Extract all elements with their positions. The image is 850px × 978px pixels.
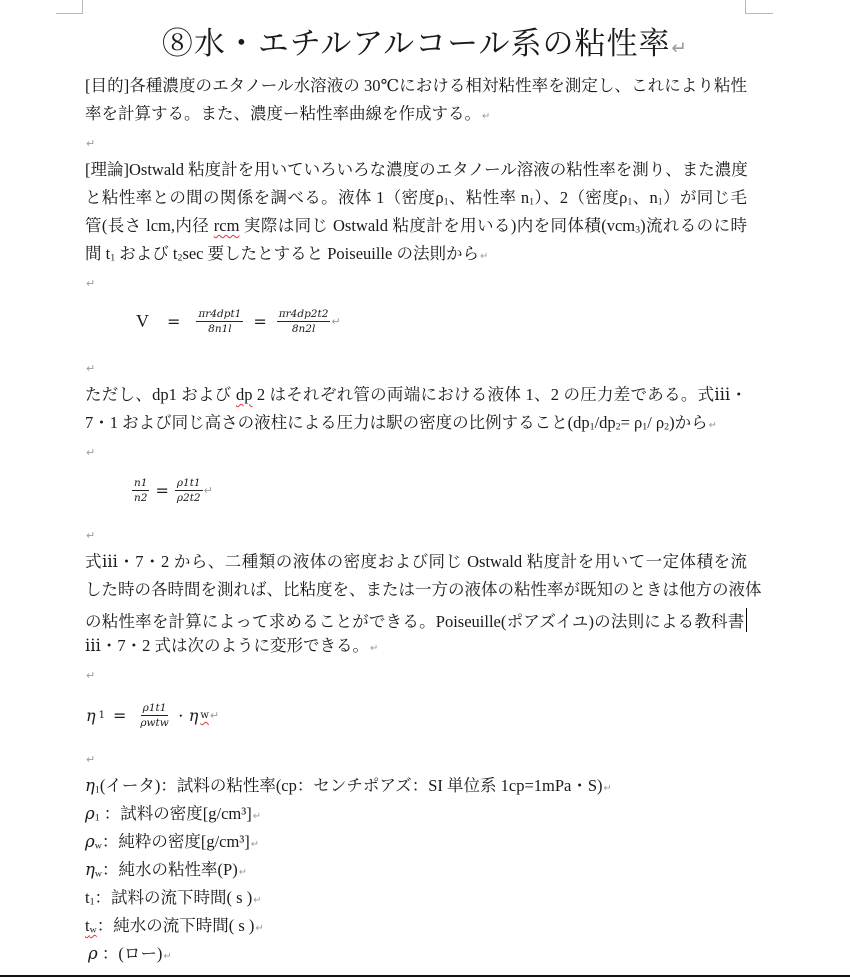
equals-sign: =	[113, 706, 126, 725]
paragraph-mark-icon: ↵	[672, 38, 689, 59]
text: ⅲ・7・2 式は次のように変形できる。	[85, 636, 369, 655]
text: と粘性率との間の関係を調べる。液体 1（密度ρ	[85, 188, 444, 207]
paragraph-mark-icon: ↵	[86, 669, 95, 682]
definition-text: ：純水の粘性率(P)	[102, 860, 238, 879]
text: = ρ	[621, 413, 643, 432]
paragraph-mark-icon: ↵	[86, 753, 95, 766]
paragraph-mark-icon: ↵	[253, 895, 261, 906]
equation-sample-viscosity[interactable]: η1 = ρ1t1ρwtw ・ ηw ↵	[86, 702, 219, 729]
spellcheck-flagged-word[interactable]: dp	[236, 385, 253, 404]
definition-item[interactable]: ρ1 ：試料の密度[g/cm³]↵	[85, 804, 261, 828]
text: / ρ	[647, 413, 664, 432]
text: 率を計算する。また、濃度ー粘性率曲線を作成する。	[85, 104, 481, 123]
paragraph-mark-icon: ↵	[604, 783, 612, 794]
fraction: πr4dp2t28n2l	[277, 308, 331, 335]
definition-item[interactable]: ηw：純水の粘性率(P)↵	[85, 860, 247, 884]
definition-item[interactable]: t1：試料の流下時間( s )↵	[85, 888, 261, 912]
empty-paragraph[interactable]: ↵	[85, 664, 95, 686]
paragraph-mark-icon: ↵	[251, 839, 259, 850]
paragraph-mark-icon: ↵	[86, 362, 95, 375]
title-text: ⑧水・エチルアルコール系の粘性率	[162, 26, 671, 61]
denominator: ρ2t2	[175, 491, 203, 504]
definition-item[interactable]: tw：純水の流下時間( s )↵	[85, 916, 264, 940]
paragraph-mark-icon: ↵	[163, 951, 171, 962]
paragraph-mark-icon: ↵	[482, 111, 490, 122]
theory-line-1[interactable]: [理論]Ostwald 粘度計を用いていろいろな濃度のエタノール溶液の粘性率を測…	[85, 160, 747, 180]
text: )流れるのに時	[640, 216, 747, 235]
empty-paragraph[interactable]: ↵	[85, 272, 95, 294]
paragraph-mark-icon: ↵	[210, 709, 219, 722]
symbol: ρ	[85, 832, 95, 851]
denominator: ρwtw	[138, 716, 170, 729]
subscript: 1	[99, 710, 105, 721]
subscript: w	[200, 710, 209, 721]
text: 2 はそれぞれ管の両端における液体 1、2 の圧力差である。式ⅲ・	[252, 385, 747, 404]
fraction: ρ1t1ρ2t2	[175, 477, 203, 504]
paragraph-mark-icon: ↵	[253, 811, 261, 822]
text: 間 t	[85, 244, 110, 263]
fraction: ρ1t1ρwtw	[138, 702, 170, 729]
fraction: πr4dpt18n1l	[196, 308, 243, 335]
paragraph-mark-icon: ↵	[86, 446, 95, 459]
subscript: w	[90, 924, 97, 935]
subscript: w	[95, 840, 102, 851]
text: 実際は同じ Ostwald 粘度計を用いる)内を同体積(vcm	[239, 216, 635, 235]
definition-text: ：(ロー)	[98, 944, 163, 963]
explanation-line-1[interactable]: 式ⅲ・7・2 から、二種類の液体の密度および同じ Ostwald 粘度計を用いて…	[85, 552, 747, 572]
denominator: 8n1l	[206, 322, 233, 335]
equation-viscosity-ratio[interactable]: n1n2 = ρ1t1ρ2t2 ↵	[128, 477, 213, 504]
text: 式ⅲ・7・2 から、二種類の液体の密度および同じ Ostwald 粘度計を用いて…	[85, 552, 747, 571]
text: ただし、dp1 および	[85, 385, 236, 404]
numerator: πr4dpt1	[196, 308, 243, 322]
denominator: 8n2l	[290, 322, 317, 335]
empty-paragraph[interactable]: ↵	[85, 132, 95, 154]
paragraph-mark-icon: ↵	[255, 923, 263, 934]
equals-sign: =	[167, 312, 180, 331]
definition-text: ：試料の流下時間( s )	[95, 888, 253, 907]
numerator: n1	[132, 477, 149, 491]
text: の粘性率を計算によって求めることができる。Poiseuille(ポアズイユ)の法…	[85, 612, 745, 631]
spellcheck-flagged-word[interactable]: rcm	[214, 216, 240, 235]
denominator: n2	[132, 491, 149, 504]
equation-poiseuille[interactable]: V = πr4dpt18n1l = πr4dp2t28n2l ↵	[130, 308, 341, 335]
eta-symbol: η	[189, 706, 199, 725]
paragraph-mark-icon: ↵	[480, 251, 488, 262]
purpose-line-1[interactable]: [目的]各種濃度のエタノール水溶液の 30℃における相対粘性率を測定し、これによ…	[85, 76, 747, 96]
empty-paragraph[interactable]: ↵	[85, 524, 95, 546]
paragraph-mark-icon: ↵	[331, 315, 340, 328]
text: [目的]各種濃度のエタノール水溶液の 30℃における相対粘性率を測定し、これによ…	[85, 76, 747, 95]
definition-text: ：純水の流下時間( s )	[97, 916, 255, 935]
purpose-line-2[interactable]: 率を計算する。また、濃度ー粘性率曲線を作成する。↵	[85, 104, 490, 127]
note-line-2[interactable]: 7・1 および同じ高さの液柱による圧力は駅の密度の比例すること(dp1/dp2=…	[85, 413, 717, 437]
paragraph-mark-icon: ↵	[86, 137, 95, 150]
page-bottom-edge	[0, 975, 850, 977]
text: 、粘性率 n	[449, 188, 530, 207]
theory-line-3[interactable]: 管(長さ lcm,内径 rcm 実際は同じ Ostwald 粘度計を用いる)内を…	[85, 216, 747, 240]
numerator: ρ1t1	[175, 477, 203, 491]
paragraph-mark-icon: ↵	[709, 420, 717, 431]
empty-paragraph[interactable]: ↵	[85, 441, 95, 463]
text: ）、2（密度ρ	[534, 188, 627, 207]
definition-item[interactable]: ρ ：(ロー)↵	[88, 944, 172, 967]
document-title[interactable]: ⑧水・エチルアルコール系の粘性率↵	[0, 24, 850, 69]
text: 、n	[632, 188, 657, 207]
page-corner-mark-top-left	[56, 0, 83, 14]
equation-lhs: V	[136, 311, 149, 332]
equals-sign: =	[155, 481, 168, 500]
definition-item[interactable]: ρw：純粋の密度[g/cm³]↵	[85, 832, 259, 856]
page-corner-mark-top-right	[745, 0, 773, 14]
numerator: πr4dp2t2	[277, 308, 331, 322]
explanation-line-3[interactable]: の粘性率を計算によって求めることができる。Poiseuille(ポアズイユ)の法…	[85, 608, 747, 632]
paragraph-mark-icon: ↵	[370, 643, 378, 654]
text: )から	[669, 413, 708, 432]
symbol: ρ	[85, 804, 95, 823]
text: sec 要したとすると Poiseuille の法則から	[182, 244, 479, 263]
definition-text: ：試料の密度[g/cm³]	[100, 804, 252, 823]
paragraph-mark-icon: ↵	[86, 529, 95, 542]
text: 7・1 および同じ高さの液柱による圧力は駅の密度の比例すること(dp	[85, 413, 590, 432]
paragraph-mark-icon: ↵	[204, 484, 213, 497]
definition-text: ：純粋の密度[g/cm³]	[102, 832, 250, 851]
empty-paragraph[interactable]: ↵	[85, 357, 95, 379]
multiply-dot: ・	[175, 707, 187, 724]
paragraph-mark-icon: ↵	[86, 277, 95, 290]
numerator: ρ1t1	[141, 702, 169, 716]
text: /dp	[595, 413, 616, 432]
theory-line-2[interactable]: と粘性率との間の関係を調べる。液体 1（密度ρ1、粘性率 n1）、2（密度ρ1、…	[85, 188, 747, 212]
explanation-line-2[interactable]: した時の各時間を測れば、比粘度を、または一方の液体の粘性率が既知のときは他方の液…	[85, 580, 747, 600]
symbol: η	[85, 776, 95, 795]
text: 管(長さ lcm,内径	[85, 216, 214, 235]
definition-text: (イータ)：試料の粘性率(cp：センチポアズ：SI 単位系 1cp=1mPa・S…	[100, 776, 603, 795]
symbol: η	[85, 860, 95, 879]
theory-line-4[interactable]: 間 t1 および t2sec 要したとすると Poiseuille の法則から↵	[85, 244, 488, 268]
text-cursor	[746, 608, 748, 632]
symbol: ρ	[88, 944, 98, 963]
text: [理論]Ostwald 粘度計を用いていろいろな濃度のエタノール溶液の粘性率を測…	[85, 160, 748, 179]
definition-item[interactable]: η1(イータ)：試料の粘性率(cp：センチポアズ：SI 単位系 1cp=1mPa…	[85, 776, 612, 800]
explanation-line-4[interactable]: ⅲ・7・2 式は次のように変形できる。↵	[85, 636, 378, 659]
empty-paragraph[interactable]: ↵	[85, 748, 95, 770]
subscript: w	[95, 868, 102, 879]
text: ）が同じ毛	[663, 188, 747, 207]
note-line-1[interactable]: ただし、dp1 および dp 2 はそれぞれ管の両端における液体 1、2 の圧力…	[85, 385, 747, 405]
equals-sign: =	[253, 312, 266, 331]
text: した時の各時間を測れば、比粘度を、または一方の液体の粘性率が既知のときは他方の液…	[85, 580, 762, 599]
paragraph-mark-icon: ↵	[239, 867, 247, 878]
text: および t	[115, 244, 177, 263]
eta-symbol: η	[86, 706, 96, 725]
fraction: n1n2	[132, 477, 149, 504]
